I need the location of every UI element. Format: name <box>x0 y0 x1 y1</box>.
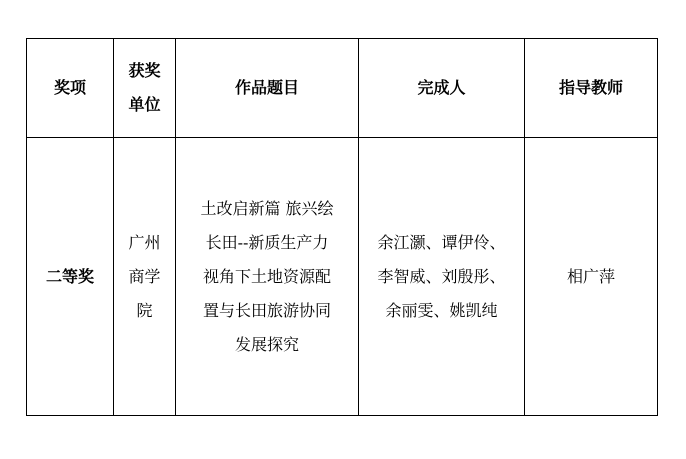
cell-unit: 广州 商学 院 <box>114 138 176 416</box>
header-unit-line1: 获奖 <box>118 54 171 88</box>
cell-title: 土改启新篇 旅兴绘 长田--新质生产力 视角下土地资源配 置与长田旅游协同 发展… <box>176 138 359 416</box>
table-row: 二等奖 广州 商学 院 土改启新篇 旅兴绘 长田--新质生产力 视角下土地资源配… <box>27 138 658 416</box>
title-line: 发展探究 <box>180 328 354 362</box>
header-advisor: 指导教师 <box>525 39 658 138</box>
title-line: 长田--新质生产力 <box>180 226 354 260</box>
header-unit-line2: 单位 <box>118 88 171 122</box>
member-line: 李智威、刘殷彤、 <box>363 260 520 294</box>
unit-line: 院 <box>118 294 171 328</box>
member-line: 余丽雯、姚凯纯 <box>363 294 520 328</box>
header-award: 奖项 <box>27 39 114 138</box>
award-table: 奖项 获奖 单位 作品题目 完成人 指导教师 二等奖 广州 商学 院 土改启新篇… <box>26 38 658 416</box>
member-line: 余江灏、谭伊伶、 <box>363 226 520 260</box>
header-title: 作品题目 <box>176 39 359 138</box>
title-line: 置与长田旅游协同 <box>180 294 354 328</box>
header-unit: 获奖 单位 <box>114 39 176 138</box>
cell-advisor: 相广萍 <box>525 138 658 416</box>
unit-line: 广州 <box>118 226 171 260</box>
cell-members: 余江灏、谭伊伶、 李智威、刘殷彤、 余丽雯、姚凯纯 <box>359 138 525 416</box>
header-row: 奖项 获奖 单位 作品题目 完成人 指导教师 <box>27 39 658 138</box>
cell-award: 二等奖 <box>27 138 114 416</box>
unit-line: 商学 <box>118 260 171 294</box>
title-line: 土改启新篇 旅兴绘 <box>180 192 354 226</box>
header-members: 完成人 <box>359 39 525 138</box>
title-line: 视角下土地资源配 <box>180 260 354 294</box>
